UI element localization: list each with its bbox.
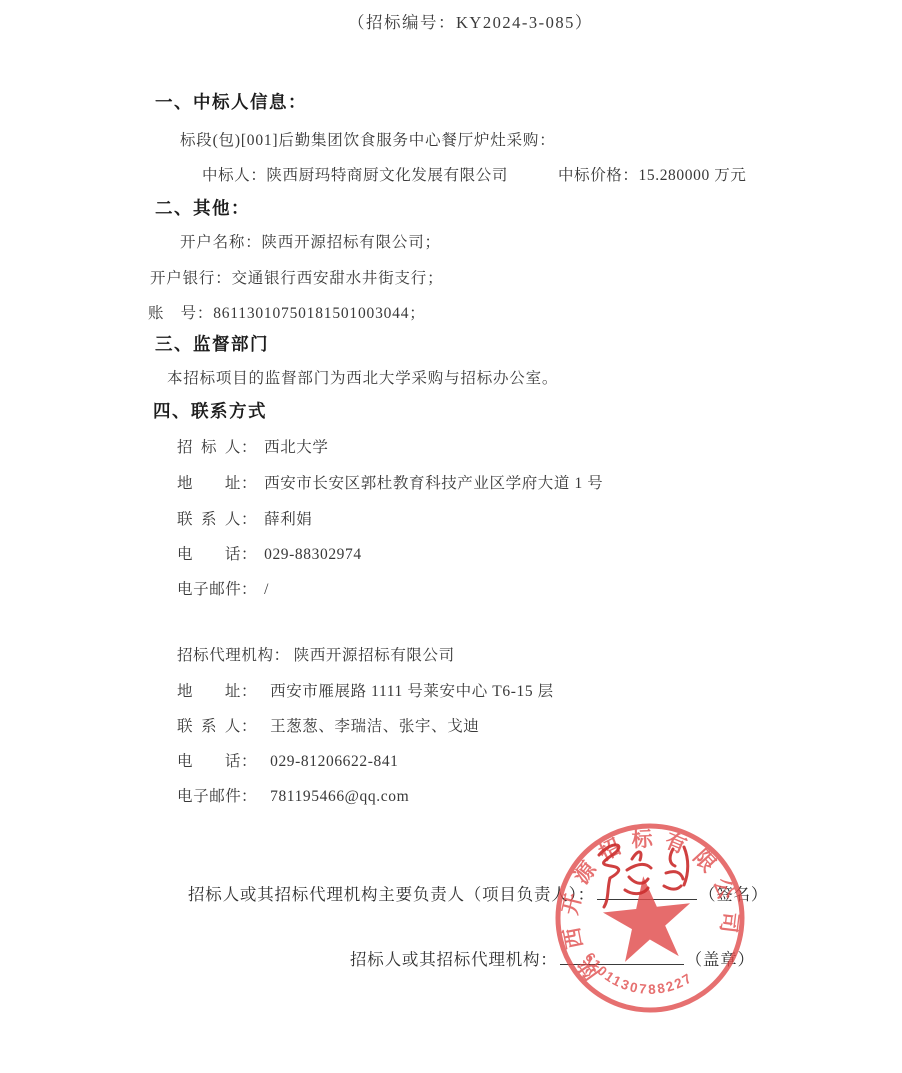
contact-label: 电话 [177,749,241,771]
contact-colon: ： [274,647,290,664]
section2-heading: 二、其他： [155,195,250,220]
contact-colon: ： [241,439,257,456]
price-label: 中标价格 [558,167,622,184]
bank-line: 开户银行：交通银行西安甜水井街支行； [150,266,443,288]
contact-value: 029-88302974 [257,546,362,563]
contact-colon: ： [241,683,257,700]
contact-label: 联系人 [177,714,241,736]
contact-label: 电子邮件 [177,784,241,806]
winner-value: 陕西厨玛特商厨文化发展有限公司 [266,167,508,184]
contact-row-tenderer-email: 电子邮件：/ [177,577,269,599]
contact-row-agency-name: 招标代理机构：陕西开源招标有限公司 [177,643,455,665]
contact-value: 西北大学 [257,439,328,456]
contact-colon: ： [241,753,257,770]
account-name-line: 开户名称：陕西开源招标有限公司； [180,230,441,252]
contact-label: 地址 [177,679,241,701]
section1-heading: 一、中标人信息： [155,89,307,114]
handwritten-signature [585,833,705,913]
bid-number: （招标编号：KY2024-3-085） [348,9,593,33]
contact-row-tenderer-person: 联系人：薛利娟 [177,507,312,529]
signature-line-text: 招标人或其招标代理机构主要负责人（项目负责人）： [188,885,595,904]
winner-colon: ： [250,167,266,184]
contact-label: 电子邮件 [177,577,241,599]
seal-line-text: 招标人或其招标代理机构： [350,950,558,969]
contact-label: 招标代理机构 [177,643,274,665]
contact-colon: ： [241,475,257,492]
contact-row-tenderer-phone: 电话：029-88302974 [177,542,362,564]
document-page: （招标编号：KY2024-3-085） 一、中标人信息： 标段(包)[001]后… [0,0,902,1073]
contact-row-agency-address: 地址：西安市雁展路 1111 号莱安中心 T6-15 层 [177,679,554,701]
contact-label: 招标人 [177,435,241,457]
contact-value: 781195466@qq.com [257,788,409,805]
contact-value: 西安市长安区郭杜教育科技产业区学府大道 1 号 [257,475,603,492]
winner-row: 中标人：陕西厨玛特商厨文化发展有限公司 [202,163,508,185]
contact-colon: ： [241,511,257,528]
contact-label: 联系人 [177,507,241,529]
contact-row-tenderer-name: 招标人：西北大学 [177,435,329,457]
price-value: 15.280000 万元 [639,167,747,184]
contact-colon: ： [241,718,257,735]
price-colon: ： [622,167,638,184]
contact-value: 029-81206622-841 [257,753,398,770]
contact-row-agency-phone: 电话：029-81206622-841 [177,749,399,771]
contact-value: 王葱葱、李瑞洁、张宇、戈迪 [257,718,479,735]
account-number-line: 账 号：86113010750181501003044； [148,301,426,323]
contact-label: 电话 [177,542,241,564]
contact-row-tenderer-address: 地址：西安市长安区郭杜教育科技产业区学府大道 1 号 [177,471,603,493]
winner-label: 中标人 [202,167,250,184]
section4-heading: 四、联系方式 [153,398,267,423]
contact-row-agency-person: 联系人：王葱葱、李瑞洁、张宇、戈迪 [177,714,479,736]
contact-value: / [257,581,269,598]
supervision-text: 本招标项目的监督部门为西北大学采购与招标办公室。 [167,366,558,388]
contact-colon: ： [241,581,257,598]
lot-line: 标段(包)[001]后勤集团饮食服务中心餐厅炉灶采购： [180,128,556,150]
contact-value: 西安市雁展路 1111 号莱安中心 T6-15 层 [257,683,554,700]
price-row: 中标价格：15.280000 万元 [558,163,746,185]
contact-value: 薛利娟 [257,511,312,528]
contact-row-agency-email: 电子邮件：781195466@qq.com [177,784,409,806]
contact-colon: ： [241,788,257,805]
contact-colon: ： [241,546,257,563]
contact-value: 陕西开源招标有限公司 [290,647,455,664]
section3-heading: 三、监督部门 [155,331,269,356]
contact-label: 地址 [177,471,241,493]
